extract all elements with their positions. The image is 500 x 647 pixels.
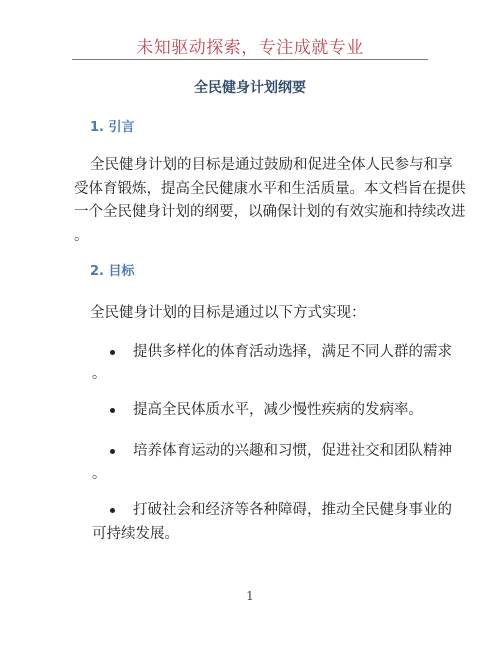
intro-paragraph-line-2: 受体育锻炼，提高全民健康水平和生活质量。本文档旨在提供: [74, 179, 466, 199]
section-heading-goals: 2. 目标: [90, 262, 135, 282]
header-slogan: 未知驱动探索，专注成就专业: [0, 37, 500, 59]
header-divider: [72, 59, 428, 60]
goal-bullet-4-line-1: 打破社会和经济等各种障碍，推动全民健身事业的: [133, 500, 452, 520]
goal-bullet-3: 培养体育运动的兴趣和习惯，促进社交和团队精神: [133, 441, 452, 461]
section-heading-introduction: 1. 引言: [90, 118, 135, 138]
goals-intro-text: 全民健身计划的目标是通过以下方式实现：: [90, 303, 366, 323]
page-number: 1: [0, 587, 500, 605]
goal-bullet-1-trailing: 。: [92, 364, 106, 384]
document-page: 未知驱动探索，专注成就专业 全民健身计划纲要 1. 引言 全民健身计划的目标是通…: [0, 0, 500, 647]
bullet-icon: [110, 508, 115, 513]
bullet-icon: [110, 408, 115, 413]
bullet-icon: [110, 350, 115, 355]
goal-bullet-3-trailing: 。: [92, 464, 106, 484]
document-title: 全民健身计划纲要: [0, 78, 500, 98]
goal-bullet-4-line-2: 可持续发展。: [92, 524, 179, 544]
goal-bullet-2: 提高全民体质水平，减少慢性疾病的发病率。: [133, 400, 423, 420]
intro-paragraph-line-1: 全民健身计划的目标是通过鼓励和促进全体人民参与和享: [90, 155, 453, 175]
goal-bullet-1: 提供多样化的体育活动选择，满足不同人群的需求: [133, 342, 452, 362]
intro-paragraph-line-3: 一个全民健身计划的纲要，以确保计划的有效实施和持续改进: [74, 202, 466, 222]
bullet-icon: [110, 449, 115, 454]
intro-paragraph-line-4: 。: [74, 226, 89, 246]
